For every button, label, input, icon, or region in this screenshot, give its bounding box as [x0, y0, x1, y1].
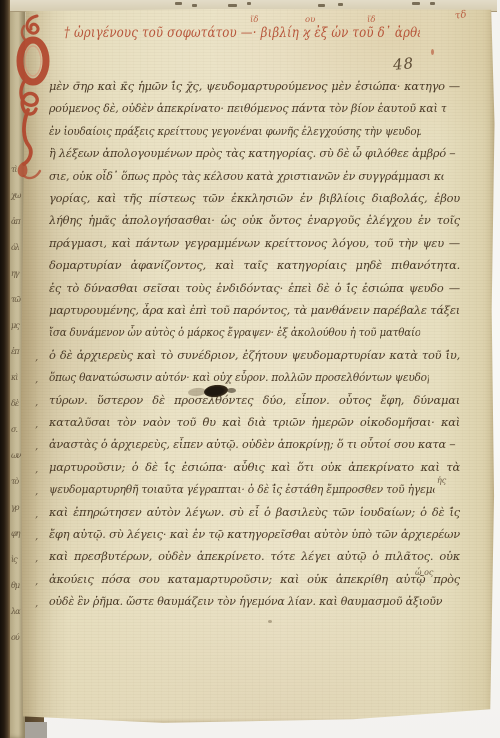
text-line-5: σιε, οὐκ οἶδ᾽ ὅπως πρὸς τὰς κέλσου κατὰ … [49, 169, 444, 191]
top-edge-speck [318, 4, 325, 7]
gutter-text-fragment: τῶ [11, 295, 20, 304]
top-edge-speck [247, 2, 251, 5]
gutter-text-fragment: γρ [11, 503, 18, 512]
manuscript-photo: τὶχωἀπόληγτῶμςἐπκὶδὲσ.ωντὸγρφηὶςθμλαού †… [0, 0, 500, 738]
gutter-text-fragment: ού [11, 633, 19, 642]
text-line-22: καὶ πρεσβυτέρων, οὐδὲν ἀπεκρίνετο. τότε … [49, 549, 460, 571]
rubric-superscript: ϊδ [367, 15, 375, 25]
text-line-14: ὅπως θανατώσωσιν αὐτόν· καὶ οὐχ εὗρον. π… [49, 370, 429, 392]
margin-quote-mark: ‚ [35, 441, 38, 452]
margin-quote-mark: ‚ [35, 464, 38, 475]
gutter-text-fragment: ων [11, 451, 20, 460]
gutter-text-fragment: λα [11, 607, 19, 616]
text-line-23: ἀκούεις πόσα σου καταμαρτυροῦσιν; καὶ οὐ… [49, 572, 460, 594]
margin-quote-mark: ‚ [35, 531, 38, 542]
red-ink-speck [431, 49, 434, 55]
text-line-7: λήθης ἡμᾶς ἀπολογήσασθαι· ὡς οὐκ ὄντος ἐ… [49, 213, 460, 235]
gutter-text-fragment: θμ [11, 581, 19, 590]
folio-number: 48 [392, 54, 415, 74]
margin-quote-mark: ‚ [35, 374, 38, 385]
book-gutter-binding [0, 0, 10, 738]
text-line-3: ἐν ἰουδαίοις πράξεις κρείττους γεγονέναι… [49, 124, 421, 146]
top-edge-speck [412, 2, 420, 5]
margin-quote-mark: ‚ [35, 352, 38, 363]
rubric-title: † ὠριγένους τοῦ σοφωτάτου —· βιβλίη ϗ ἐξ… [64, 25, 420, 55]
margin-quote-mark: ‚ [35, 509, 38, 520]
gutter-text-fragment: ὶς [11, 555, 17, 564]
gutter-text-fragment: μς [11, 321, 19, 330]
text-line-17: ἀναστὰς ὁ ἀρχιερεὺς, εἶπεν αὐτῷ. οὐδὲν ἀ… [49, 437, 455, 459]
text-line-24: οὐδὲ ἓν ῥῆμα. ὥστε θαυμάζειν τὸν ἡγεμόνα… [49, 594, 446, 616]
margin-quote-mark: ‚ [35, 397, 38, 408]
top-edge-speck [175, 2, 182, 5]
text-line-12: ἴσα δυνάμενον ὧν αὐτὸς ὁ μάρκος ἔγραψεν·… [49, 325, 420, 347]
gutter-text-fragment: ἀπ [11, 217, 20, 226]
gutter-text-fragment: σ. [11, 425, 17, 434]
gutter-text-fragment: τὸ [11, 477, 18, 486]
interlinear-mark: ὧ ος [415, 568, 433, 577]
text-line-19: ψευδομαρτυρηθῆ τοιαῦτα γέγραπται· ὁ δὲ ἰ… [49, 482, 435, 504]
top-edge-speck [338, 3, 343, 6]
gutter-text-fragment: χω [11, 191, 20, 200]
rubric-superscript: ϊδ [250, 15, 258, 25]
interlinear-mark: ἧς [437, 476, 446, 485]
text-line-16: καταλῦσαι τὸν ναὸν τοῦ θ̄υ καὶ διὰ τριῶν… [49, 415, 460, 437]
rubric-corner-mark: τδ [454, 9, 467, 22]
text-line-9: δομαρτυρίαν ἀφανίζοντος, καὶ ταῖς κατηγο… [49, 258, 460, 280]
gutter-text-fragment: όλ [11, 243, 19, 252]
gutter-text-fragment: φη [11, 529, 19, 538]
rubric-superscript: ου [305, 15, 315, 25]
top-edge-speck [228, 4, 237, 7]
illuminated-initial [15, 13, 51, 181]
top-edge-speck [430, 2, 435, 5]
margin-quote-mark: ‚ [35, 486, 38, 497]
text-line-18: μαρτυροῦσιν; ὁ δὲ ἰ̄ς ἐσιώπα· αὖθις καὶ … [49, 460, 460, 482]
text-line-1: μὲν σ̄ηρ καὶ κ̄ς ἡμῶν ἰ̄ς χ̄ς, ψευδομαρτ… [49, 79, 460, 101]
text-line-21: ἔφη αὐτῷ. σὺ λέγεις· καὶ ἐν τῷ κατηγορεῖ… [49, 527, 460, 549]
text-line-4: ἢ λέξεων ἀπολογουμένων πρὸς τὰς κατηγορί… [49, 146, 455, 168]
text-line-6: γορίας, καὶ τῆς πίστεως τῶν ἐκκλησιῶν ἐν… [49, 191, 460, 213]
gutter-text-fragment: ηγ [11, 269, 19, 278]
margin-quote-mark: ‚ [35, 553, 38, 564]
gutter-text-fragment: ἐπ [11, 347, 19, 356]
text-line-13: ὁ δὲ ἀρχιερεὺς καὶ τὸ συνέδριον, ἐζήτουν… [49, 348, 460, 370]
gutter-text-fragment: κὶ [11, 373, 17, 382]
top-edge-speck [192, 4, 197, 7]
text-line-8: πράγμασι, καὶ πάντων γεγραμμένων κρείττο… [49, 236, 460, 258]
gutter-text-fragment: δὲ [11, 399, 18, 408]
text-line-15: τύρων. ὕστερον δὲ προσελθόντες δύο, εἶπο… [49, 393, 460, 415]
margin-quote-mark: ‚ [35, 598, 38, 609]
text-line-20: καὶ ἐπηρώτησεν αὐτὸν λέγων. σὺ εἶ ὁ βασι… [49, 505, 460, 527]
text-line-2: ρούμενος δὲ, οὐδὲν ἀπεκρίνατο· πειθόμενο… [49, 101, 446, 123]
ink-speck [268, 620, 272, 623]
margin-quote-mark: ‚ [35, 419, 38, 430]
margin-quote-mark: ‚ [35, 576, 38, 587]
ink-blot-tail [227, 388, 236, 393]
text-line-11: μαρτυρουμένης, ἆρα καὶ ἐπὶ τοῦ παρόντος,… [49, 303, 459, 325]
text-line-10: ἐς τὸ δύνασθαι σεῖσαι τοὺς ἐνδιδόντας· ἐ… [49, 281, 460, 303]
